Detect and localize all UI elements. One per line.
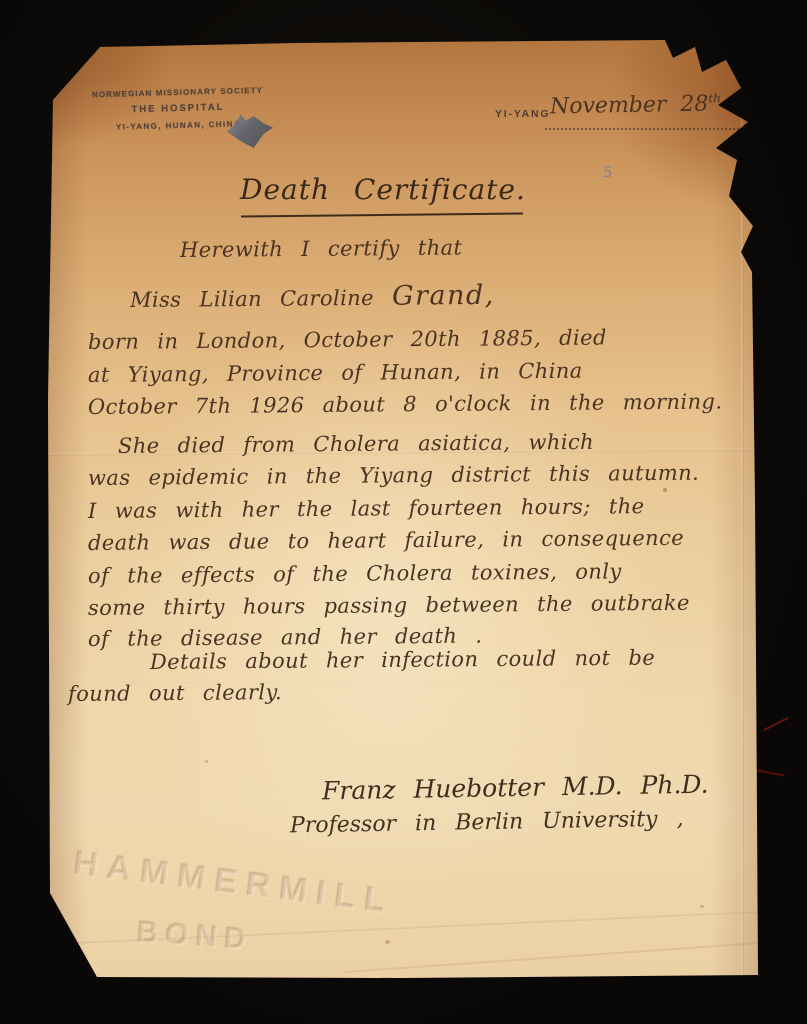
deceased-surname: Grand, [392,280,495,312]
stain-speck [663,488,667,492]
dateline-place-label: YI-YANG [495,108,550,120]
certificate-line: found out clearly. [68,680,282,706]
certificate-line: some thirty hours passing between the ou… [88,591,690,620]
death-certificate-document: NORWEGIAN MISSIONARY SOCIETY THE HOSPITA… [45,38,760,983]
certificate-line: Details about her infection could not be [150,646,655,674]
certificate-line: She died from Cholera asiatica, which [118,430,594,458]
dateline-written-year: 26 [744,90,772,115]
stain-speck [385,940,390,944]
dateline-period: . [772,90,779,115]
stain-speck [205,760,208,763]
dateline-handwritten-date: November 28th1926. [550,90,780,119]
certificate-line: was epidemic in the Yiyang district this… [88,461,699,490]
certificate-line: of the effects of the Cholera toxines, o… [88,559,622,588]
title-underline [241,213,523,218]
certificate-line: born in London, October 20th 1885, died [88,325,607,354]
certificate-line: I was with her the last fourteen hours; … [88,494,645,523]
dateline-printed-year-prefix: 19 [727,98,744,113]
certificate-intro-line: Herewith I certify that [180,236,463,262]
red-scratch-mark [763,717,789,731]
signature-role: Professor in Berlin University , [290,807,684,839]
red-scratch-mark [757,769,785,776]
dateline-ordinal: th [708,91,721,105]
letterhead-society-name: NORWEGIAN MISSIONARY SOCIETY [82,86,272,100]
certificate-line: at Yiyang, Province of Hunan, in China [88,359,583,387]
deceased-name-line: Miss Lilian Caroline Grand, [130,280,495,314]
certificate-line: death was due to heart failure, in conse… [88,526,684,555]
certificate-line: October 7th 1926 about 8 o'clock in the … [88,389,723,419]
paper-watermark: BOND [136,916,254,958]
deceased-name-prefix: Miss Lilian Caroline [130,286,374,312]
paper-crease [345,940,794,973]
stain-speck [700,905,704,908]
certificate-title: Death Certificate. [240,173,526,206]
photo-backdrop: NORWEGIAN MISSIONARY SOCIETY THE HOSPITA… [0,0,807,1024]
vertical-fold-line [740,38,744,983]
pencil-mark: 5 [603,163,613,181]
letterhead-hospital-name: THE HOSPITAL [83,101,273,117]
signature-name: Franz Huebotter M.D. Ph.D. [322,770,709,806]
dateline-month-day: November 28 [550,92,709,120]
paper-watermark: HAMMERMILL [72,845,397,923]
